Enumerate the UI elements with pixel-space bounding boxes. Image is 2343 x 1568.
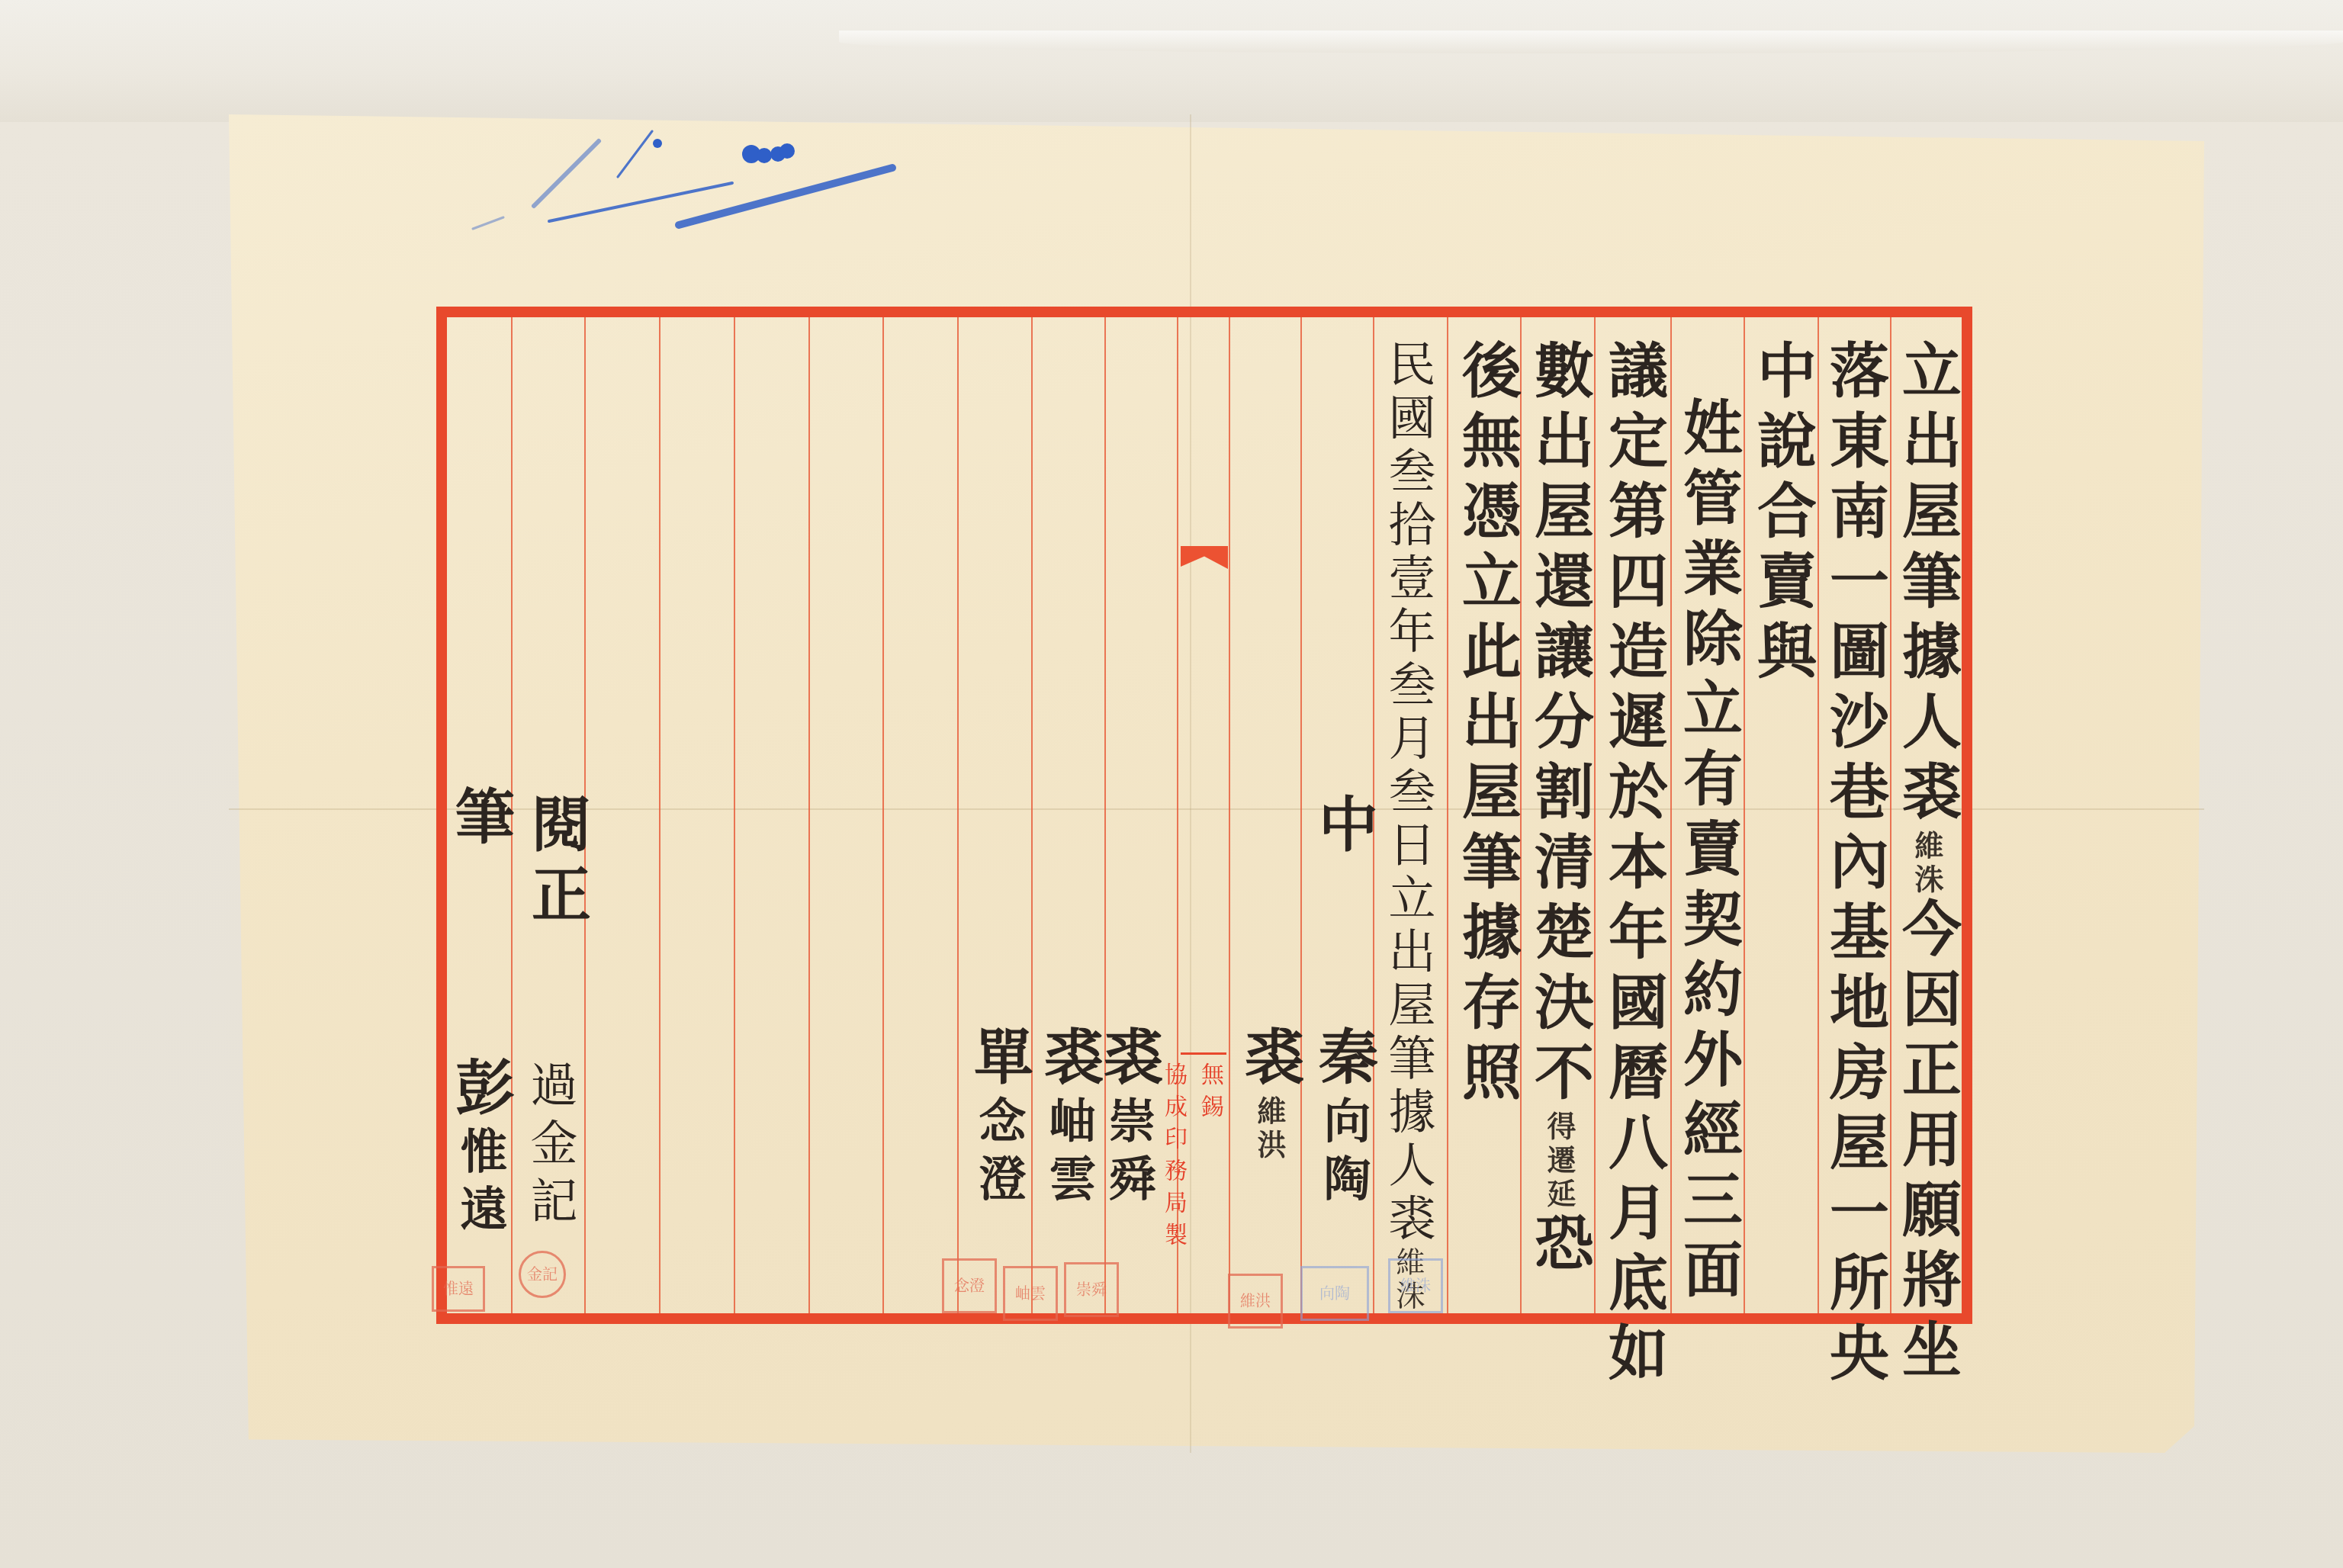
date-text: 民國叁拾壹年叁月叁日立出屋筆據人裘 [1380, 339, 1436, 1247]
seal-stamp: 維洙 [1388, 1258, 1443, 1313]
column-rule [1447, 317, 1448, 1313]
scribe-surname: 彭 [445, 1056, 515, 1126]
body-column-1: 立出屋筆據人裘維洙今因正用願將坐 [1897, 339, 1956, 1389]
column-rule [882, 317, 884, 1313]
name-annotation: 維洙 [1910, 831, 1944, 898]
reviewer-name: 過金記 [526, 1060, 574, 1234]
column-rule [808, 317, 810, 1313]
seal-stamp: 念澄 [942, 1258, 997, 1313]
column-rule [1890, 317, 1891, 1313]
witness-5: 單念澄 [969, 1026, 1028, 1212]
seal-stamp: 向陶 [1300, 1266, 1369, 1321]
background-cloth [0, 0, 2343, 122]
seal-stamp: 維洪 [1228, 1274, 1283, 1329]
body-column-6: 數出屋還讓分割清楚決不得遷延恐 [1529, 339, 1589, 1282]
body-text: 立出屋筆據人裘 [1892, 339, 1962, 831]
printer-location: 無錫 [1193, 1062, 1226, 1255]
witness-1: 秦向陶 [1313, 1026, 1373, 1212]
middleman-label: 中 [1313, 793, 1373, 863]
witness-2: 裘維洪 [1239, 1026, 1299, 1163]
seal-stamp: 金記 [519, 1251, 566, 1298]
column-rule [1670, 317, 1672, 1313]
witness-surname: 裘 [1235, 1026, 1304, 1096]
witness-surname: 秦 [1309, 1026, 1378, 1096]
reviewed-label: 閱正 [526, 793, 586, 933]
scribe-given: 惟遠 [452, 1126, 508, 1242]
witness-given: 維洪 [1252, 1096, 1287, 1163]
column-rule [957, 317, 959, 1313]
body-column-2: 落東南一圖沙巷內基地房屋一所央 [1824, 339, 1884, 1392]
seal-stamp: 惟遠 [432, 1266, 485, 1312]
witness-given: 向陶 [1316, 1096, 1371, 1212]
witness-given: 岫雲 [1041, 1096, 1097, 1212]
witness-3: 裘崇舜 [1098, 1026, 1158, 1212]
body-column-7: 後無憑立此出屋筆據存照 [1457, 339, 1516, 1111]
witness-surname: 單 [964, 1026, 1033, 1096]
seal-stamp: 岫雲 [1003, 1266, 1058, 1321]
printer-name: 協成印務局製 [1156, 1062, 1190, 1255]
witness-given: 崇舜 [1101, 1096, 1156, 1212]
date-column: 民國叁拾壹年叁月叁日立出屋筆據人裘維洙 [1384, 339, 1432, 1314]
witness-4: 裘岫雲 [1039, 1026, 1098, 1212]
body-text: 恐 [1525, 1212, 1594, 1282]
inline-annotation: 得遷延 [1542, 1111, 1576, 1212]
witness-surname: 裘 [1094, 1026, 1163, 1096]
scribe-name: 彭惟遠 [450, 1056, 509, 1242]
column-rule [1229, 317, 1230, 1313]
column-rule [1744, 317, 1745, 1313]
column-rule [734, 317, 735, 1313]
column-rule [1300, 317, 1302, 1313]
column-rule [659, 317, 660, 1313]
body-column-3: 中說合賣與 [1752, 339, 1811, 690]
witness-given: 念澄 [971, 1096, 1027, 1212]
column-rule [1594, 317, 1596, 1313]
body-column-5: 議定第四造遲於本年國曆八月底如 [1603, 339, 1663, 1392]
witness-surname: 裘 [1034, 1026, 1104, 1096]
printer-imprint: 無錫 協成印務局製 [1181, 1052, 1226, 1255]
column-rule [1818, 317, 1819, 1313]
body-text: 數出屋還讓分割清楚決不 [1525, 339, 1594, 1111]
blue-ink-marks [427, 92, 1114, 290]
seal-stamp: 崇舜 [1064, 1262, 1119, 1317]
column-rule [1031, 317, 1033, 1313]
body-column-4: 姓管業除立有賣契約外經三面 [1678, 397, 1737, 1309]
scribe-label: 筆 [450, 786, 509, 856]
body-text: 今因正用願將坐 [1892, 898, 1962, 1389]
